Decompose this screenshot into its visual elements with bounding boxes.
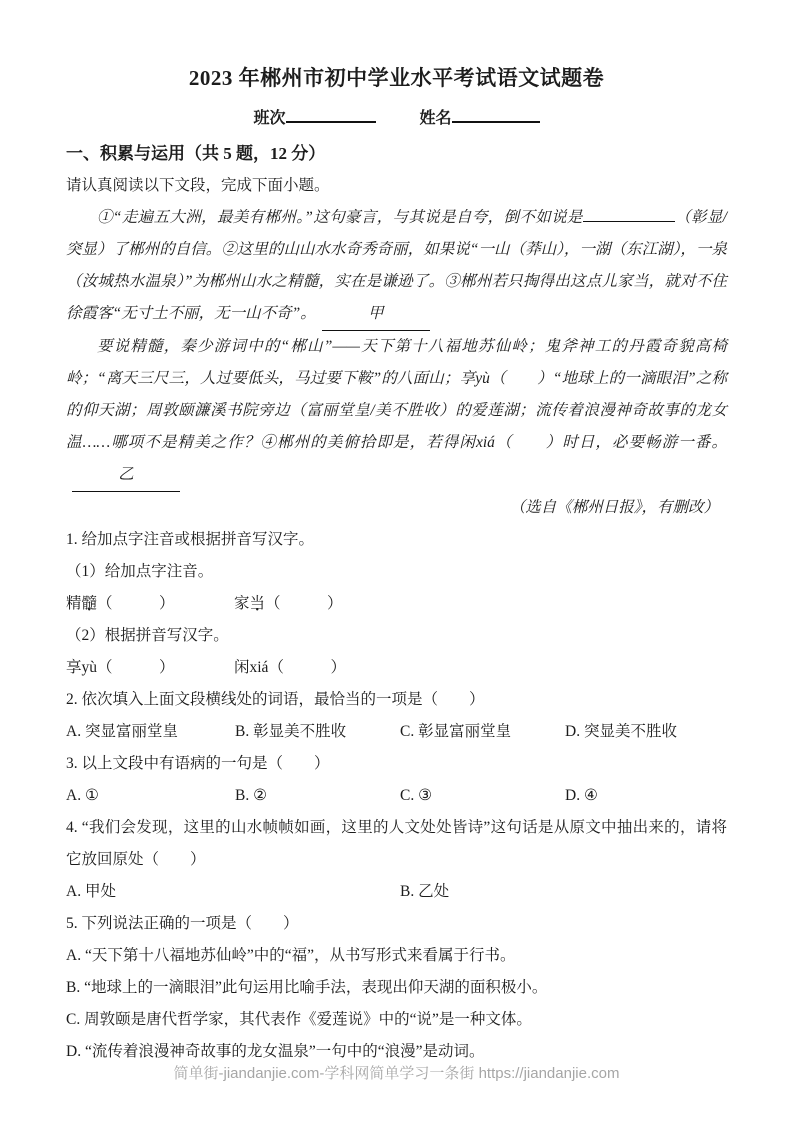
question-1-sub1-answer-line: 精髓（ ）家当（ ） bbox=[66, 588, 727, 620]
intro-text: 请认真阅读以下文段，完成下面小题。 bbox=[66, 170, 727, 202]
dotted-character: 当 bbox=[250, 595, 266, 612]
page-title: 2023 年郴州市初中学业水平考试语文试题卷 bbox=[0, 0, 793, 93]
footer-watermark: 简单街-jiandanjie.com-学科网简单学习一条街 https://ji… bbox=[0, 1064, 793, 1084]
exam-paper-page: 2023 年郴州市初中学业水平考试语文试题卷 班次姓名 一、积累与运用（共 5 … bbox=[0, 0, 793, 1122]
marker-jia-underline: 甲 bbox=[322, 298, 430, 331]
q4-option-a: A. 甲处 bbox=[66, 876, 400, 908]
q5-option-c: C. 周敦颐是唐代哲学家，其代表作《爱莲说》中的“说”是一种文体。 bbox=[66, 1004, 727, 1036]
question-2-stem: 2. 依次填入上面文段横线处的词语，最恰当的一项是（ ） bbox=[66, 684, 727, 716]
question-1-sub2-label: （2）根据拼音写汉字。 bbox=[66, 620, 727, 652]
question-2-options: A. 突显富丽堂皇 B. 彰显美不胜收 C. 彰显富丽堂皇 D. 突显美不胜收 bbox=[66, 716, 727, 748]
pinyin-item: 精髓（ ） bbox=[66, 588, 234, 620]
dotted-character: 髓 bbox=[82, 595, 98, 612]
hanzi-item: 闲xiá（ ） bbox=[234, 652, 402, 684]
passage-paragraph-1: ①“走遍五大洲，最美有郴州。”这句豪言，与其说是自夸，倒不如说是（彰显/突显）了… bbox=[66, 202, 727, 331]
fill-in-blank-line bbox=[583, 206, 675, 223]
word-part: 闲xiá bbox=[234, 659, 268, 676]
question-5-stem: 5. 下列说法正确的一项是（ ） bbox=[66, 908, 727, 940]
section-heading: 一、积累与运用（共 5 题，12 分） bbox=[66, 138, 727, 170]
passage-text: 要说精髓，秦少游词中的“郴山”——天下第十八福地苏仙岭；鬼斧神工的丹霞奇貌高椅岭… bbox=[66, 338, 727, 451]
q2-option-a: A. 突显富丽堂皇 bbox=[66, 716, 235, 748]
q5-option-a: A. “天下第十八福地苏仙岭”中的“福”，从书写形式来看属于行书。 bbox=[66, 940, 727, 972]
paper-body: 一、积累与运用（共 5 题，12 分） 请认真阅读以下文段，完成下面小题。 ①“… bbox=[66, 138, 727, 1068]
answer-parentheses: （ ） bbox=[97, 659, 175, 676]
question-1-sub1-label: （1）给加点字注音。 bbox=[66, 556, 727, 588]
q3-option-c: C. ③ bbox=[400, 780, 565, 812]
marker-yi-underline: 乙 bbox=[72, 459, 180, 492]
q2-option-b: B. 彰显美不胜收 bbox=[235, 716, 400, 748]
word-part: 家 bbox=[234, 595, 250, 612]
class-blank-line bbox=[286, 106, 376, 123]
passage-paragraph-2: 要说精髓，秦少游词中的“郴山”——天下第十八福地苏仙岭；鬼斧神工的丹霞奇貌高椅岭… bbox=[66, 331, 727, 492]
q3-option-b: B. ② bbox=[235, 780, 400, 812]
q3-option-a: A. ① bbox=[66, 780, 235, 812]
pinyin-item: 家当（ ） bbox=[234, 588, 402, 620]
q2-option-c: C. 彰显富丽堂皇 bbox=[400, 716, 565, 748]
answer-parentheses: （ ） bbox=[268, 659, 346, 676]
passage-source-credit: （选自《郴州日报》，有删改） bbox=[66, 492, 727, 524]
answer-parentheses: （ ） bbox=[97, 595, 175, 612]
question-4-stem: 4. “我们会发现，这里的山水帧帧如画，这里的人文处处皆诗”这句话是从原文中抽出… bbox=[66, 812, 727, 876]
word-part: 精 bbox=[66, 595, 82, 612]
q2-option-d: D. 突显美不胜收 bbox=[565, 716, 727, 748]
word-part: 享yù bbox=[66, 659, 97, 676]
passage-text: ①“走遍五大洲，最美有郴州。”这句豪言，与其说是自夸，倒不如说是 bbox=[97, 209, 583, 226]
student-info-line: 班次姓名 bbox=[0, 104, 793, 134]
question-3-stem: 3. 以上文段中有语病的一句是（ ） bbox=[66, 748, 727, 780]
q5-option-b: B. “地球上的一滴眼泪”此句运用比喻手法，表现出仰天湖的面积极小。 bbox=[66, 972, 727, 1004]
question-1-sub2-answer-line: 享yù（ ）闲xiá（ ） bbox=[66, 652, 727, 684]
class-label: 班次 bbox=[253, 110, 285, 127]
question-3-options: A. ① B. ② C. ③ D. ④ bbox=[66, 780, 727, 812]
answer-parentheses: （ ） bbox=[265, 595, 343, 612]
q4-option-b: B. 乙处 bbox=[400, 876, 449, 908]
q3-option-d: D. ④ bbox=[565, 780, 727, 812]
question-1-stem: 1. 给加点字注音或根据拼音写汉字。 bbox=[66, 524, 727, 556]
name-blank-line bbox=[452, 106, 540, 123]
hanzi-item: 享yù（ ） bbox=[66, 652, 234, 684]
name-label: 姓名 bbox=[420, 110, 452, 127]
question-4-options: A. 甲处 B. 乙处 bbox=[66, 876, 727, 908]
